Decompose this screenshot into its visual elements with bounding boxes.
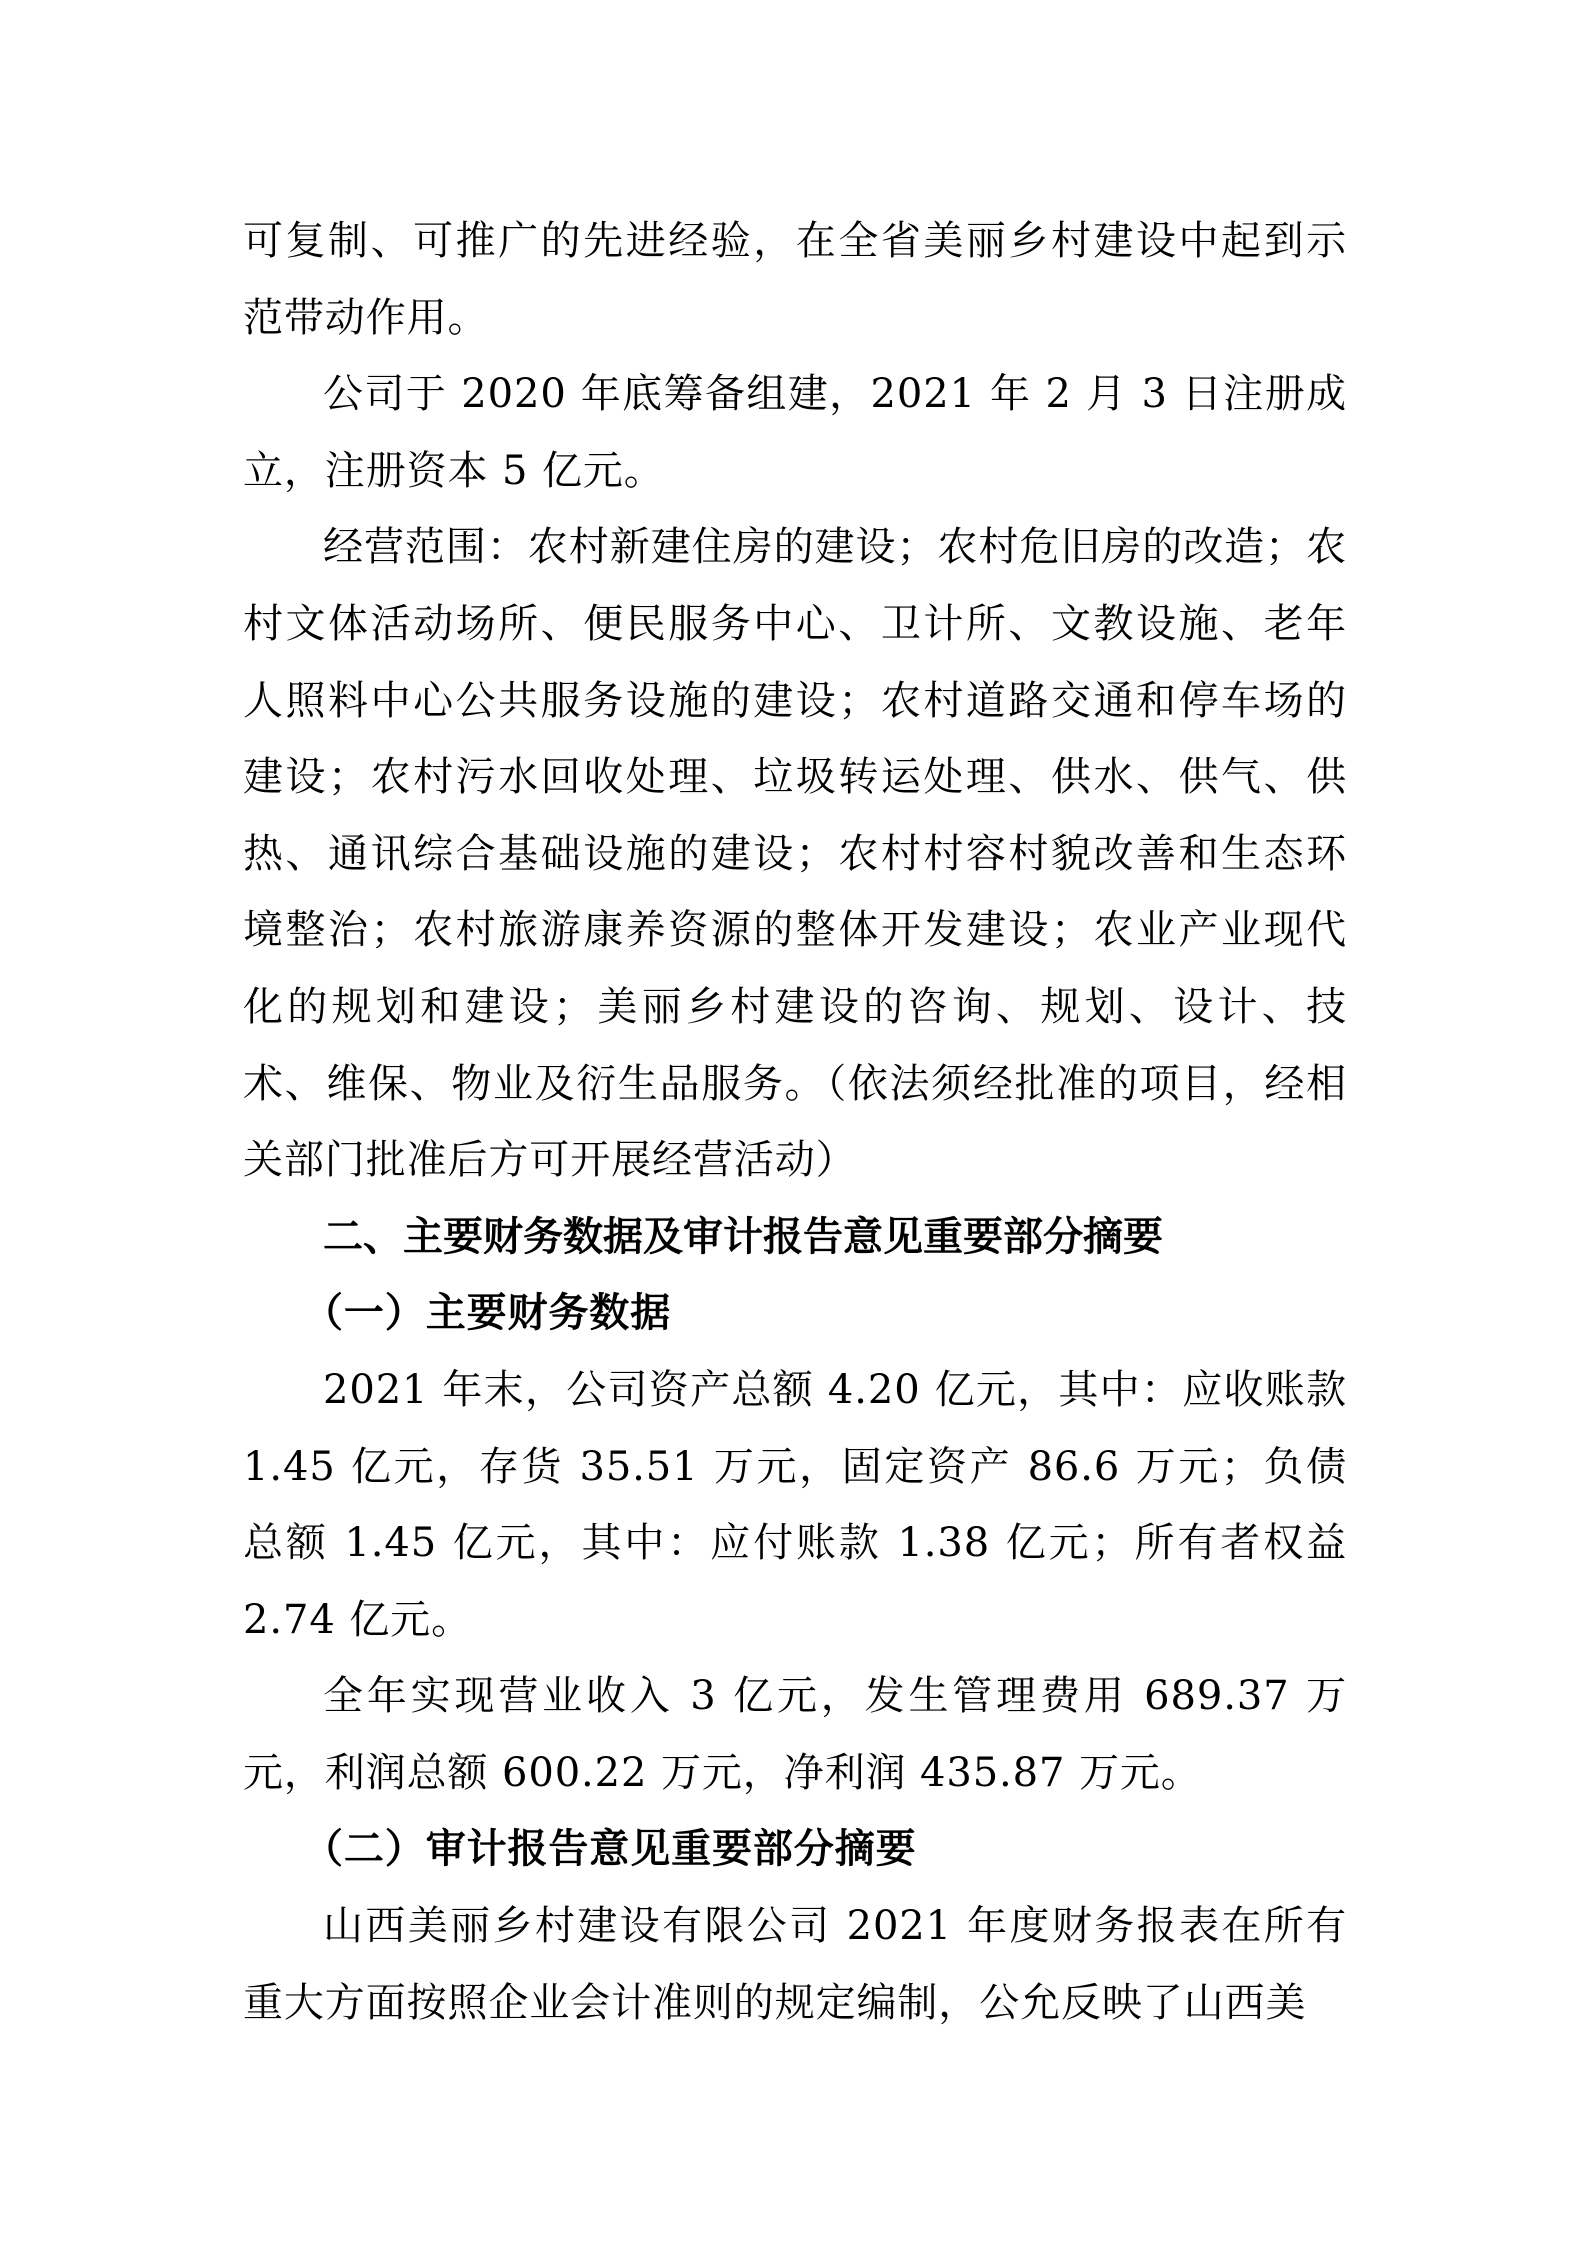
paragraph-intro-continuation: 可复制、可推广的先进经验，在全省美丽乡村建设中起到示范带动作用。 (243, 203, 1347, 356)
document-page: 可复制、可推广的先进经验，在全省美丽乡村建设中起到示范带动作用。 公司于 202… (243, 203, 1347, 2041)
paragraph-audit-opinion: 山西美丽乡村建设有限公司 2021 年度财务报表在所有重大方面按照企业会计准则的… (243, 1888, 1347, 2041)
paragraph-business-scope: 经营范围：农村新建住房的建设；农村危旧房的改造；农村文体活动场所、便民服务中心、… (243, 509, 1347, 1198)
paragraph-income-statement: 全年实现营业收入 3 亿元，发生管理费用 689.37 万元，利润总额 600.… (243, 1658, 1347, 1811)
paragraph-company-founding: 公司于 2020 年底筹备组建，2021 年 2 月 3 日注册成立，注册资本 … (243, 356, 1347, 509)
section-heading-financial-summary: 二、主要财务数据及审计报告意见重要部分摘要 (243, 1199, 1347, 1276)
subsection-heading-main-financial-data: （一）主要财务数据 (243, 1275, 1347, 1352)
subsection-heading-audit-opinion: （二）审计报告意见重要部分摘要 (243, 1811, 1347, 1888)
paragraph-balance-sheet: 2021 年末，公司资产总额 4.20 亿元，其中：应收账款 1.45 亿元，存… (243, 1352, 1347, 1658)
